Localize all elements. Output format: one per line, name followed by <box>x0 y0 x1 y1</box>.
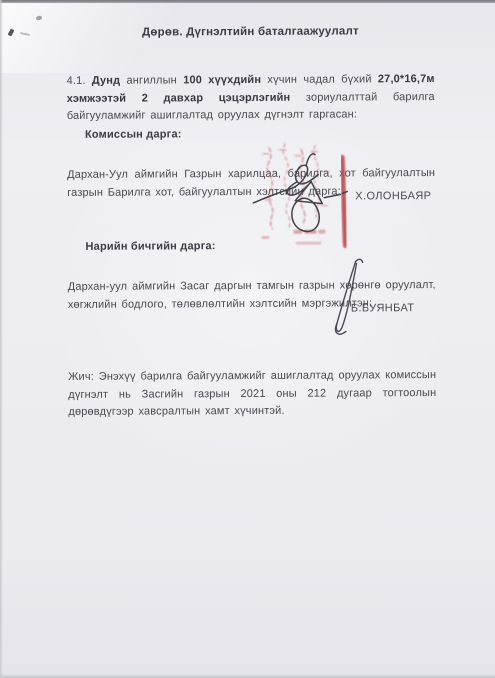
document-content: Дөрөв. Дүгнэлтийн баталгаажуулалт 4.1. Д… <box>0 0 495 678</box>
stamp-caption-smudge <box>261 230 325 245</box>
official-stamp <box>249 141 355 254</box>
clause-text-segment: ангиллын <box>120 74 183 86</box>
clause-bold-segment: 100 хүүхдийн <box>183 74 261 86</box>
clause-text-segment: хүчин чадал бүхий <box>261 73 378 86</box>
note-paragraph: Жич: Энэхүү барилга байгууламжийг ашигла… <box>68 367 436 421</box>
stamp-and-signature-graphic <box>249 141 355 254</box>
signature-buyanbat-graphic <box>316 257 376 339</box>
clause-4-1: 4.1. Дунд ангиллын 100 хүүхдийн хүчин ча… <box>67 71 435 125</box>
clause-number: 4.1. <box>67 75 92 87</box>
section-title: Дөрөв. Дүгнэлтийн баталгаажуулалт <box>66 25 434 39</box>
commission-chair-heading: Комиссын дарга: <box>85 128 182 141</box>
signature-buyanbat <box>316 257 376 339</box>
secretary-heading: Нарийн бичгийн дарга: <box>85 240 215 253</box>
signature-buyanbat-scribble <box>335 259 363 334</box>
clause-bold-segment: Дунд <box>92 75 120 87</box>
signatory-name-olonbayar: Х.ОЛОНБАЯР <box>355 190 431 202</box>
scanned-document-page: Дөрөв. Дүгнэлтийн баталгаажуулалт 4.1. Д… <box>0 0 495 678</box>
